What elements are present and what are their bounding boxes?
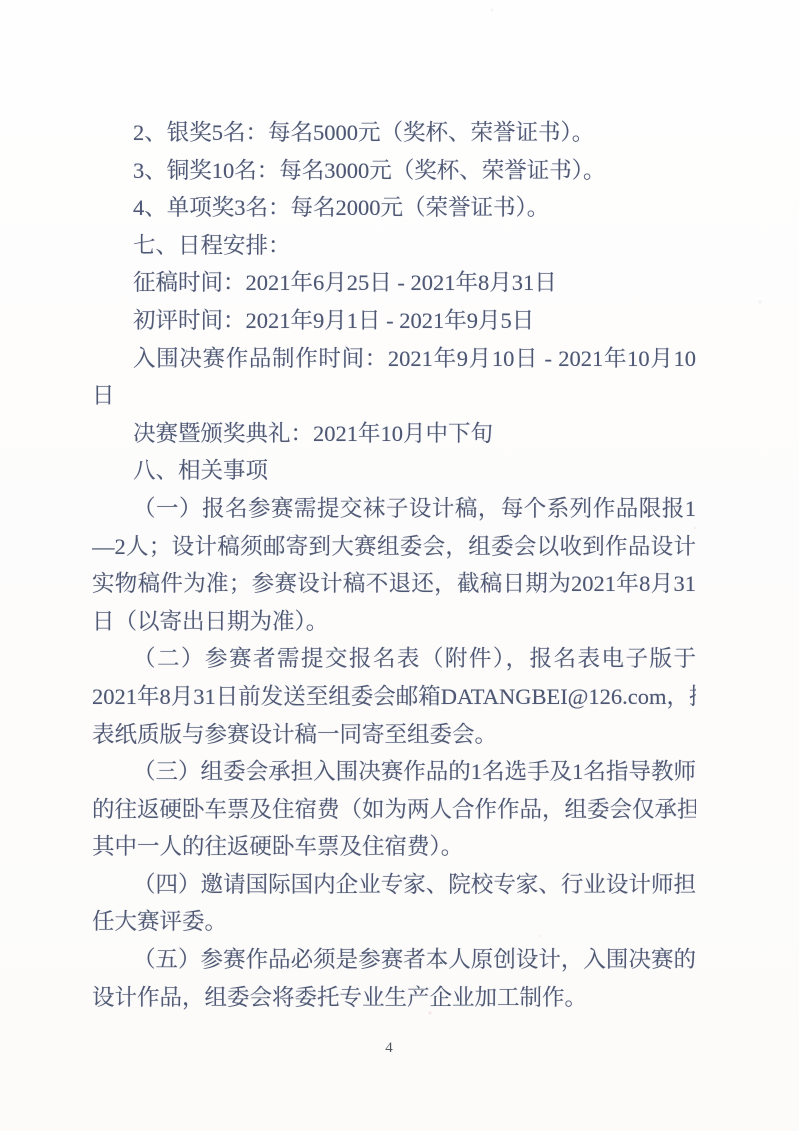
text-line: 2、银奖5名：每名5000元（奖杯、荣誉证书）。 [92, 114, 696, 152]
text-line: 日（以寄出日期为准）。 [92, 603, 696, 641]
text-line: 实物稿件为准；参赛设计稿不退还，截稿日期为2021年8月31 [92, 565, 696, 603]
text-line: 表纸质版与参赛设计稿一同寄至组委会。 [92, 716, 696, 754]
text-line: 日 [92, 377, 696, 415]
text-line: （一）报名参赛需提交袜子设计稿，每个系列作品限报1 [92, 490, 696, 528]
text-line: （五）参赛作品必须是参赛者本人原创设计，入围决赛的 [92, 941, 696, 979]
text-line: 的往返硬卧车票及住宿费（如为两人合作作品，组委会仅承担 [92, 791, 696, 829]
text-line: 任大赛评委。 [92, 903, 696, 941]
text-line: 其中一人的往返硬卧车票及住宿费）。 [92, 828, 696, 866]
text-line: （四）邀请国际国内企业专家、院校专家、行业设计师担 [92, 866, 696, 904]
document-body: 2、银奖5名：每名5000元（奖杯、荣誉证书）。 3、铜奖10名：每名3000元… [92, 114, 696, 1016]
text-line: 3、铜奖10名：每名3000元（奖杯、荣誉证书）。 [92, 152, 696, 190]
text-line: 决赛暨颁奖典礼：2021年10月中下旬 [92, 415, 696, 453]
text-line: （二）参赛者需提交报名表（附件），报名表电子版于 [92, 640, 696, 678]
text-line: 4、单项奖3名：每名2000元（荣誉证书）。 [92, 189, 696, 227]
document-page: 2、银奖5名：每名5000元（奖杯、荣誉证书）。 3、铜奖10名：每名3000元… [0, 0, 799, 1131]
page-number: 4 [92, 1038, 686, 1058]
text-line: 2021年8月31日前发送至组委会邮箱DATANGBEI@126.com，报名 [92, 678, 696, 716]
text-line: 七、日程安排： [92, 227, 696, 265]
text-line: （三）组委会承担入围决赛作品的1名选手及1名指导教师 [92, 753, 696, 791]
text-line: —2人；设计稿须邮寄到大赛组委会，组委会以收到作品设计 [92, 528, 696, 566]
text-line: 入围决赛作品制作时间：2021年9月10日 - 2021年10月10 [92, 340, 696, 378]
text-line: 设计作品，组委会将委托专业生产企业加工制作。 [92, 979, 696, 1017]
text-line: 征稿时间：2021年6月25日 - 2021年8月31日 [92, 264, 696, 302]
text-line: 初评时间：2021年9月1日 - 2021年9月5日 [92, 302, 696, 340]
text-line: 八、相关事项 [92, 452, 696, 490]
